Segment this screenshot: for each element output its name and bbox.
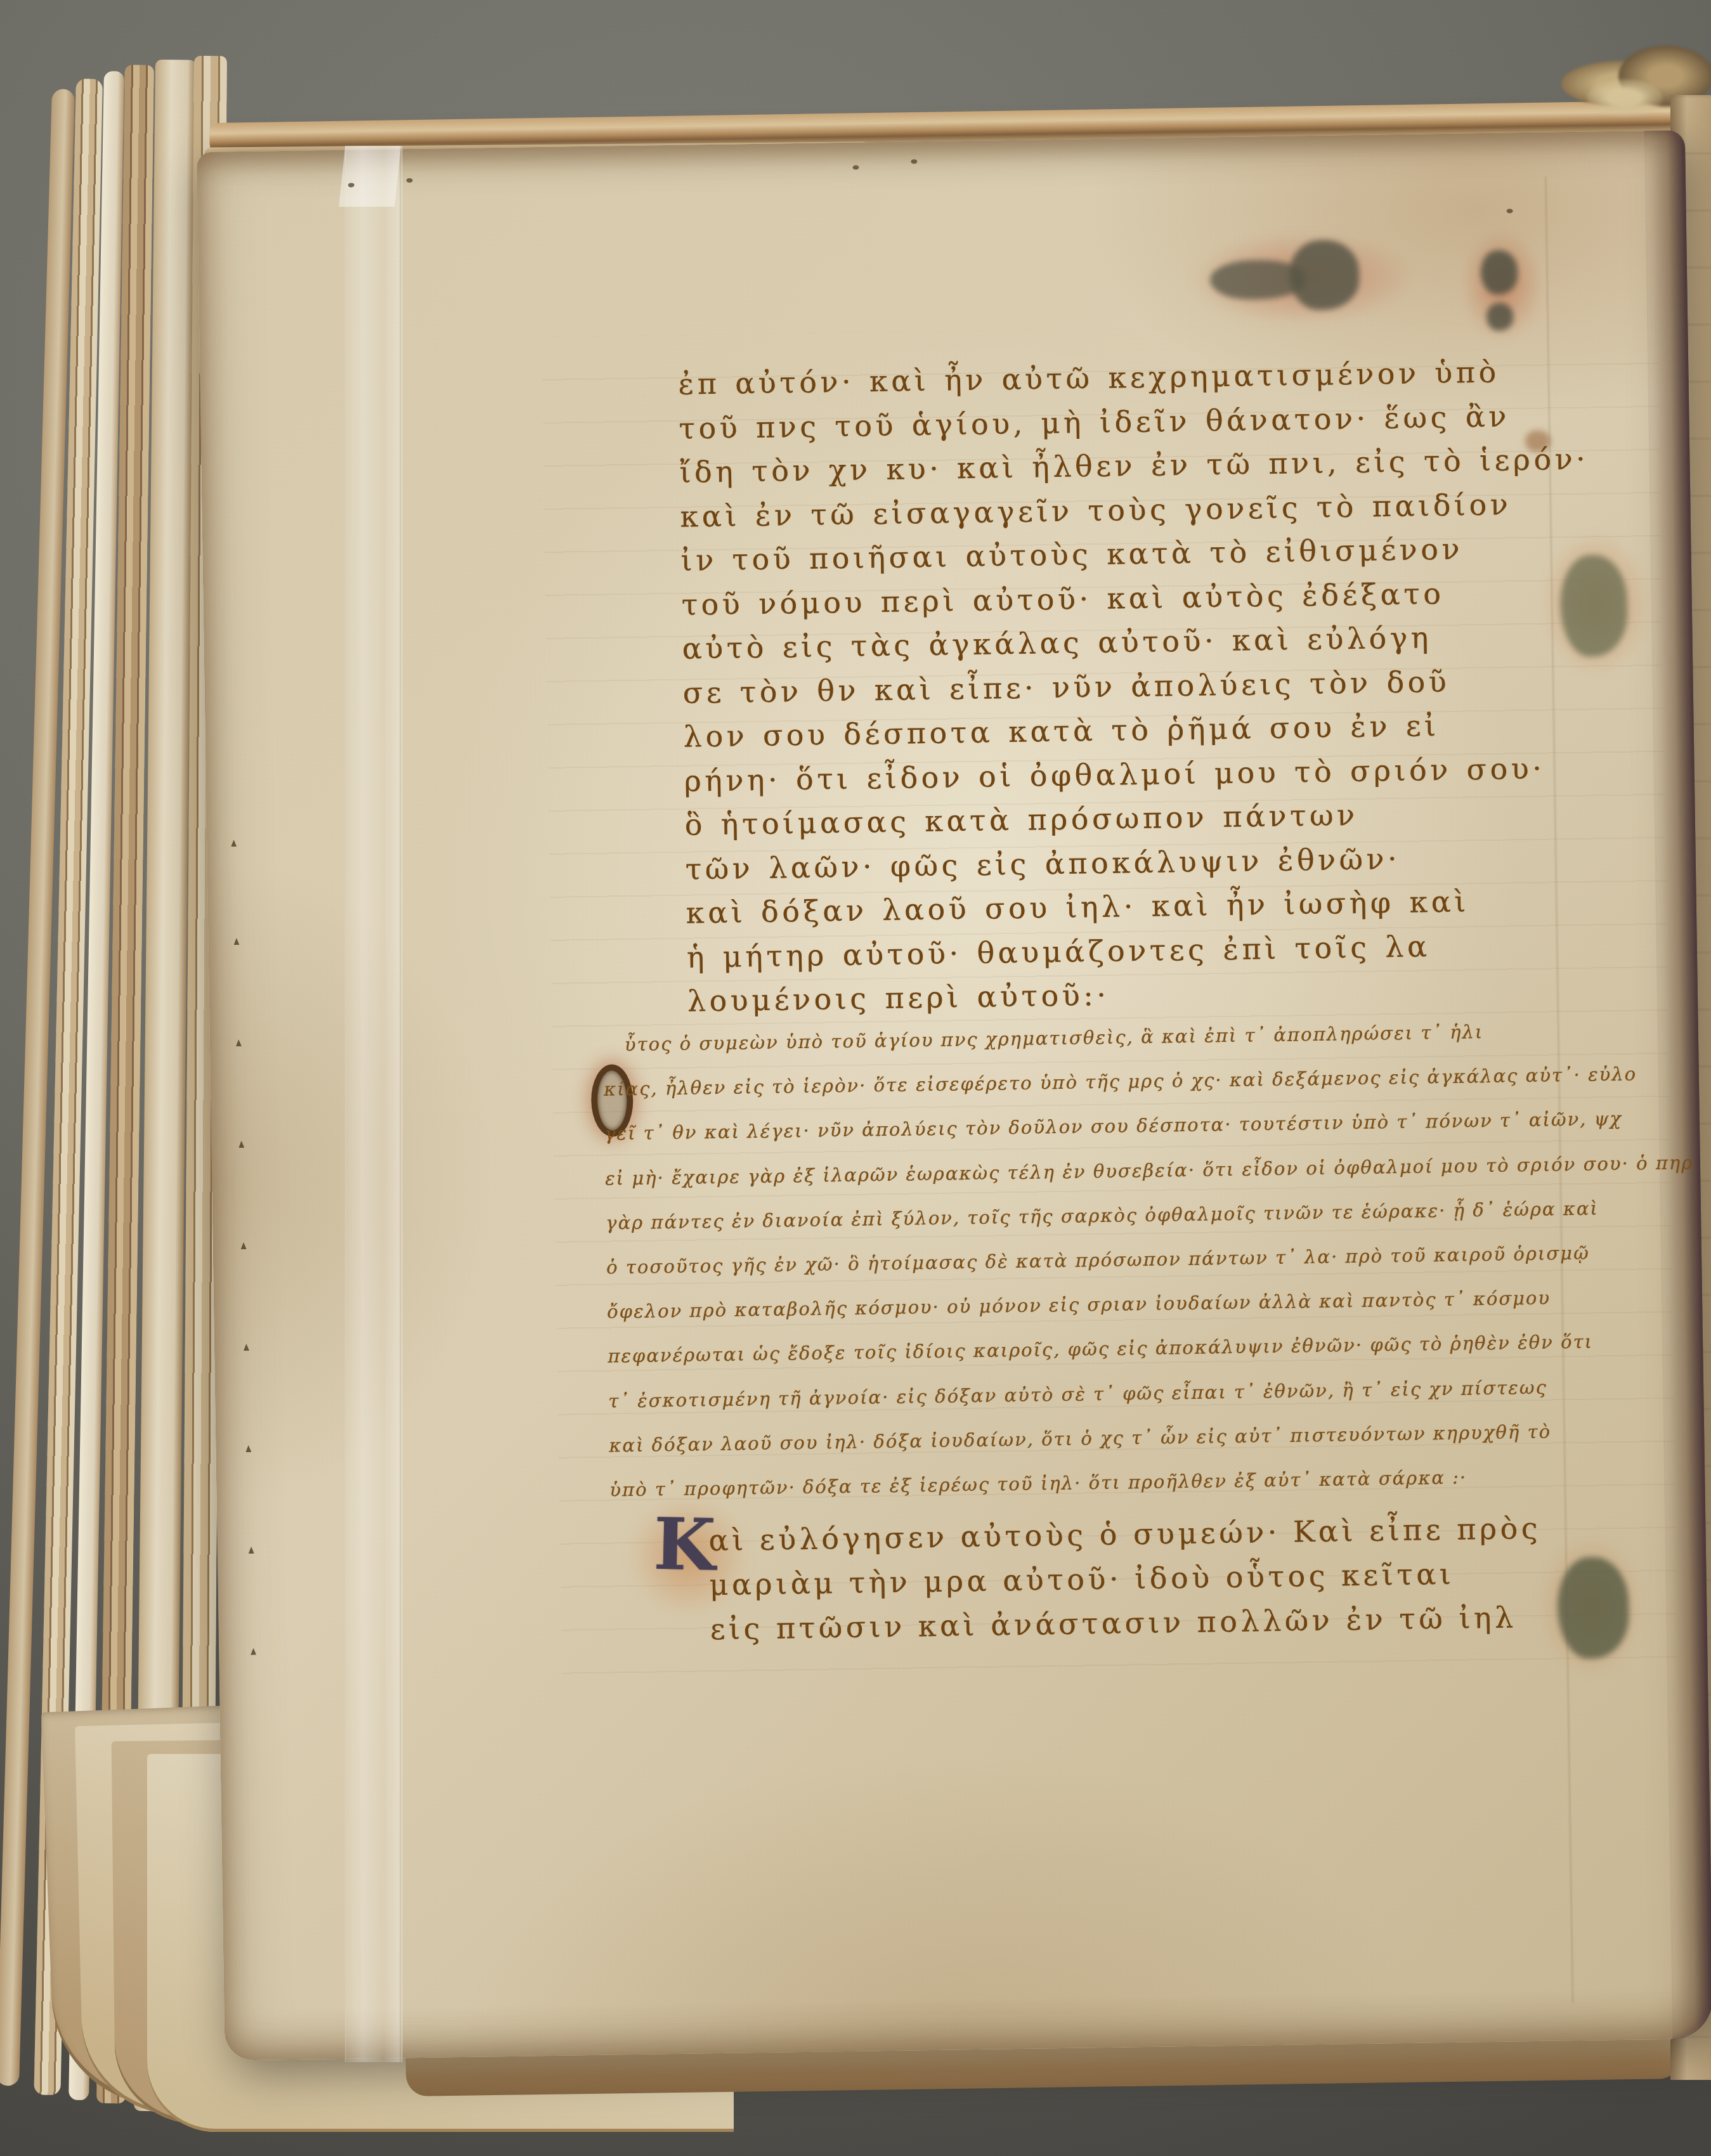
initial-kappa: Κ (653, 1509, 717, 1581)
commentary-block: ὗτος ὁ συμεὼν ὑπὸ τοῦ ἁγίου πνς χρηματισ… (602, 1006, 1698, 1512)
prick-mark (236, 1039, 242, 1046)
prick-mark (238, 1141, 244, 1148)
speck (911, 159, 917, 164)
transparent-guard-strip (345, 146, 402, 2062)
prick-mark (249, 1547, 254, 1554)
prick-mark (245, 1445, 251, 1452)
prick-mark (231, 840, 237, 847)
prick-mark (244, 1344, 249, 1351)
speck (852, 166, 859, 170)
speck (407, 178, 413, 183)
gospel-text-block-2: αὶ εὐλόγησεν αὐτοὺς ὁ συμεών· Καὶ εἶπε π… (708, 1506, 1543, 1651)
prick-mark (233, 938, 239, 945)
gospel-text-block: ἐπ αὐτόν· καὶ ἦν αὐτῶ κεχρηματισμένον ὑπ… (678, 349, 1597, 1024)
manuscript-page[interactable]: ἐπ αὐτόν· καὶ ἦν αὐτῶ κεχρηματισμένον ὑπ… (197, 130, 1711, 2060)
manuscript-photo: ἐπ αὐτόν· καὶ ἦν αὐτῶ κεχρηματισμένον ὑπ… (0, 0, 1711, 2156)
prick-mark (250, 1648, 256, 1655)
prick-mark (241, 1242, 247, 1249)
speck (1507, 209, 1513, 213)
